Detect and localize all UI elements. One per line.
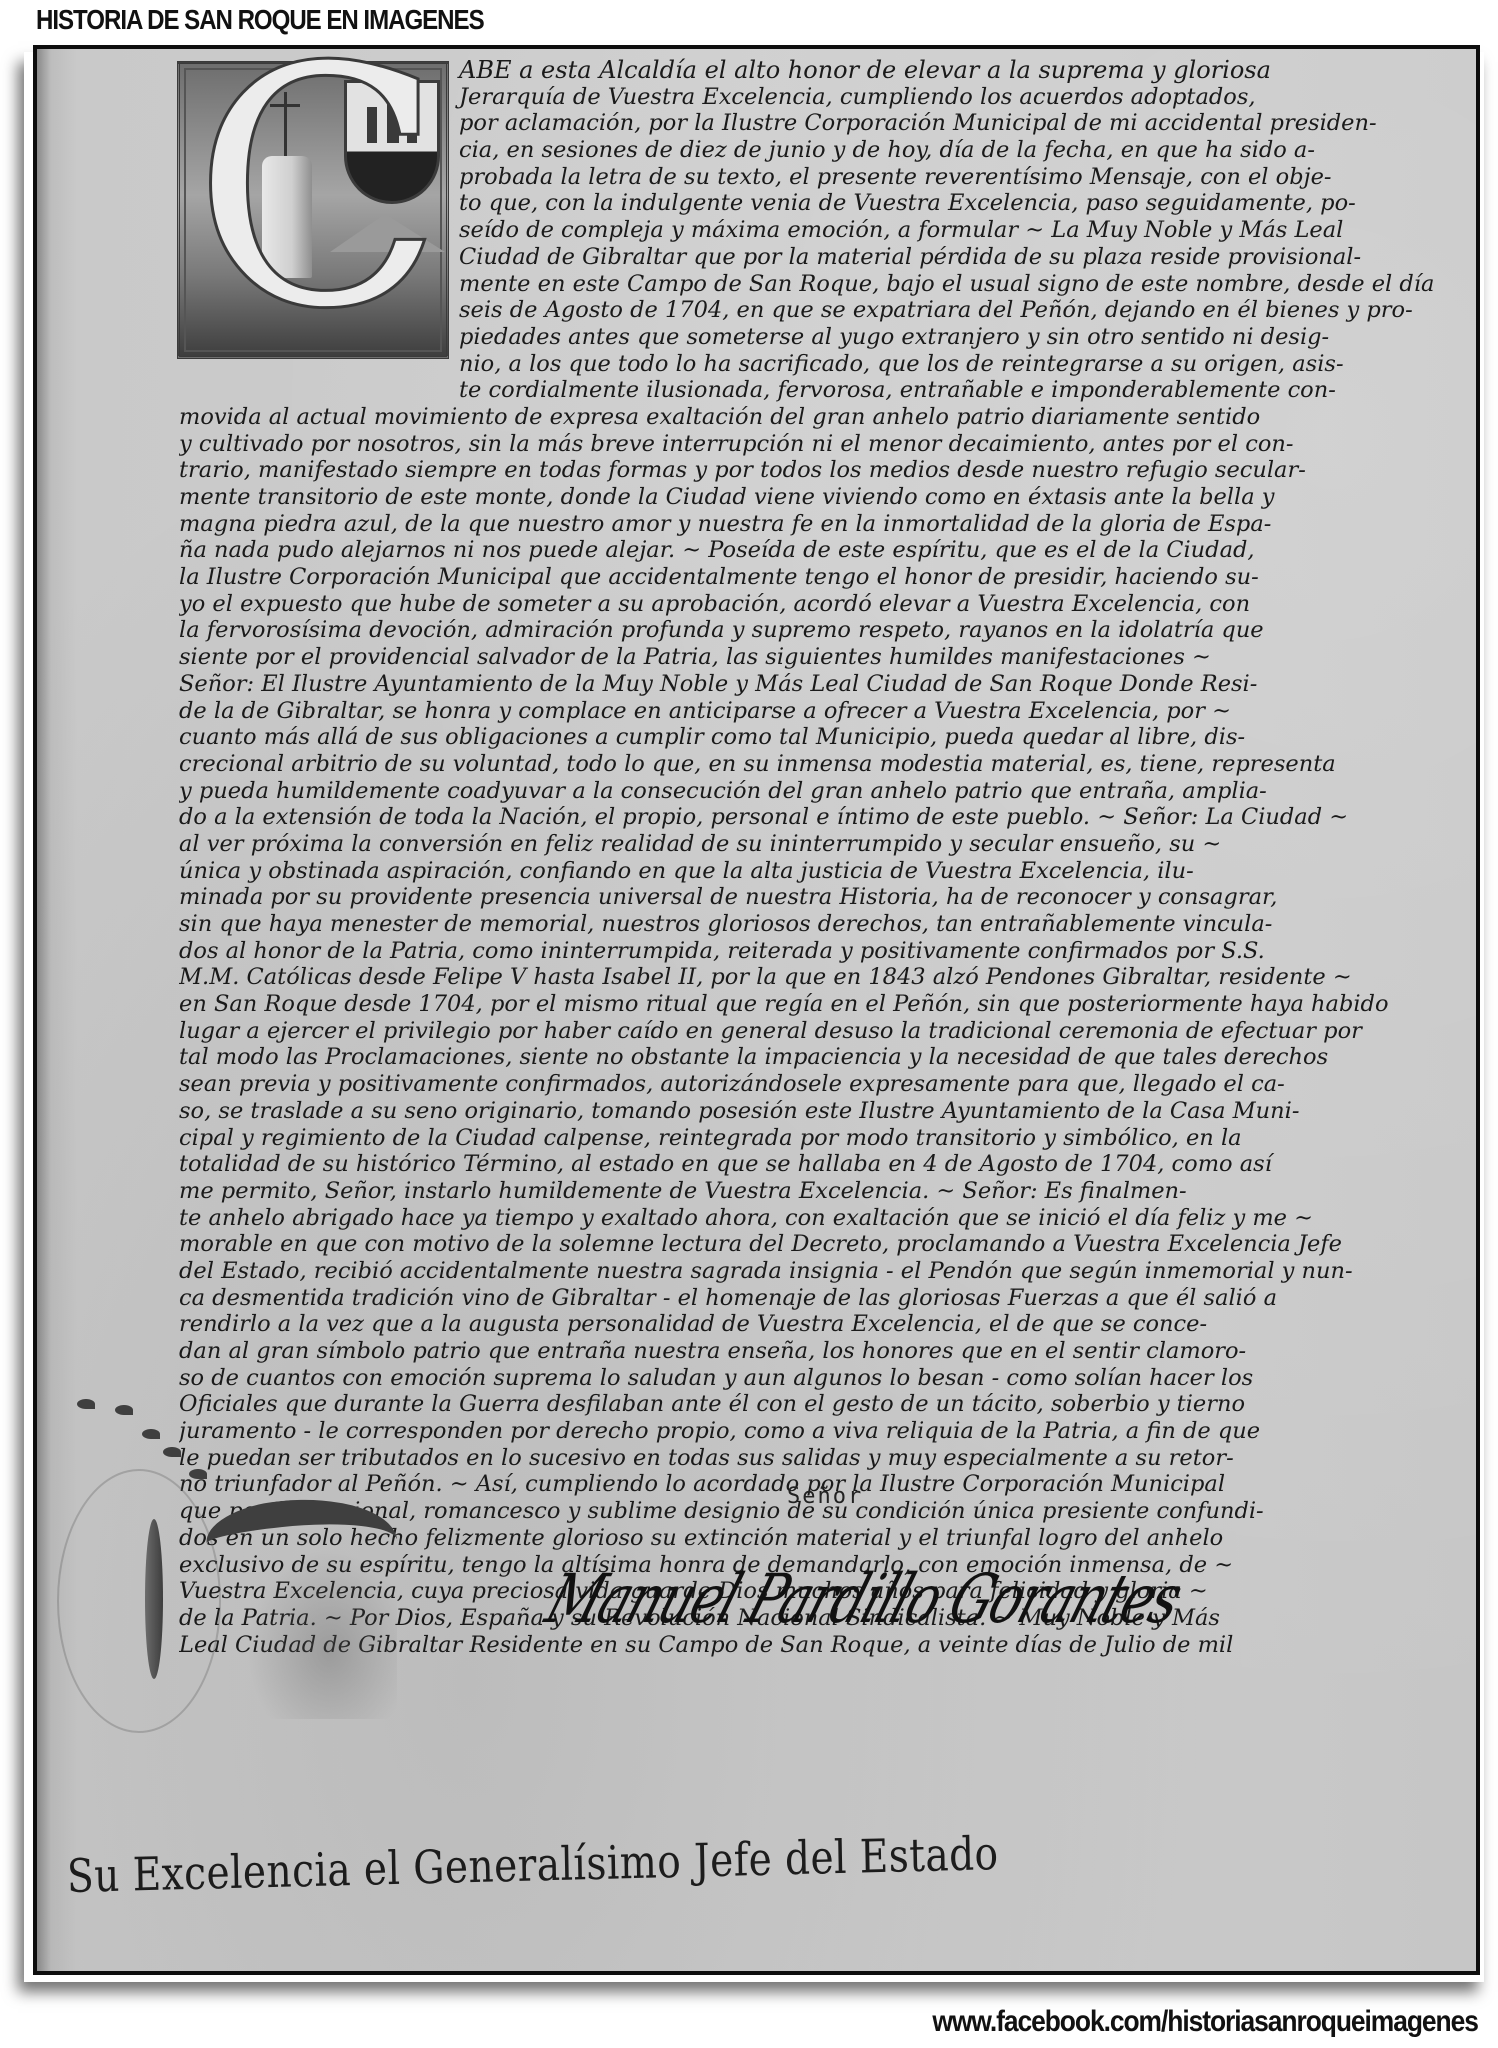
text-line: dos al honor de la Patria, como ininterr… [179, 938, 1464, 965]
text-line: to que, con la indulgente venia de Vuest… [179, 190, 1464, 217]
text-line: me permito, Señor, instarlo humildemente… [179, 1178, 1464, 1205]
text-line: por aclamación, por la Ilustre Corporaci… [179, 110, 1464, 137]
text-line: nio, a los que todo lo ha sacrificado, q… [179, 351, 1464, 378]
text-line: Señor: El Ilustre Ayuntamiento de la Muy… [179, 671, 1464, 698]
text-line: mente transitorio de este monte, donde l… [179, 484, 1464, 511]
bud-icon [77, 1399, 95, 1409]
text-line: te cordialmente ilusionada, fervorosa, e… [179, 377, 1464, 404]
floral-ornament [37, 1389, 417, 1829]
text-line: al ver próxima la conversión en feliz re… [179, 831, 1464, 858]
text-line: tal modo las Proclamaciones, siente no o… [179, 1044, 1464, 1071]
text-line: en San Roque desde 1704, por el mismo ri… [179, 991, 1464, 1018]
text-line: cipal y regimiento de la Ciudad calpense… [179, 1125, 1464, 1152]
text-line: ña nada pudo alejarnos ni nos puede alej… [179, 537, 1464, 564]
text-line: sin que haya menester de memorial, nuest… [179, 911, 1464, 938]
text-line: magna piedra azul, de la que nuestro amo… [179, 511, 1464, 538]
footer-url: www.facebook.com/historiasanroqueimagene… [933, 2005, 1478, 2039]
text-line: ca desmentida tradición vino de Gibralta… [179, 1285, 1464, 1312]
text-line: sean previa y positivamente confirmados,… [179, 1071, 1464, 1098]
text-line: te anhelo abrigado hace ya tiempo y exal… [179, 1205, 1464, 1232]
text-line: minada por su providente presencia unive… [179, 884, 1464, 911]
document-frame: C ABE a esta Alcaldía el alto honor de e… [33, 45, 1480, 1975]
text-line: la Ilustre Corporación Municipal que acc… [179, 564, 1464, 591]
flower-stem-icon [145, 1519, 163, 1679]
text-line: so de cuantos con emoción suprema lo sal… [179, 1365, 1464, 1392]
text-line: lugar a ejercer el privilegio por haber … [179, 1018, 1464, 1045]
page-title: HISTORIA DE SAN ROQUE EN IMAGENES [36, 4, 484, 36]
text-line: M.M. Católicas desde Felipe V hasta Isab… [179, 964, 1464, 991]
bud-icon [115, 1405, 133, 1415]
ornament-outline [57, 1469, 221, 1733]
text-line: del Estado, recibió accidentalmente nues… [179, 1258, 1464, 1285]
text-line: totalidad de su histórico Término, al es… [179, 1151, 1464, 1178]
addressee-line: Su Excelencia el Generalísimo Jefe del E… [67, 1826, 999, 1903]
text-line: siente por el providencial salvador de l… [179, 644, 1464, 671]
text-line: única y obstinada aspiración, confiando … [179, 858, 1464, 885]
text-line: so, se traslade a su seno originario, to… [179, 1098, 1464, 1125]
text-line: dan al gran símbolo patrio que entraña n… [179, 1338, 1464, 1365]
text-line: seído de compleja y máxima emoción, a fo… [179, 217, 1464, 244]
bud-icon [163, 1447, 181, 1457]
text-line: yo el expuesto que hube de someter a su … [179, 591, 1464, 618]
text-line: Jerarquía de Vuestra Excelencia, cumplie… [179, 84, 1464, 111]
text-line: seis de Agosto de 1704, en que se expatr… [179, 297, 1464, 324]
text-line: morable en que con motivo de la solemne … [179, 1231, 1464, 1258]
text-line: de la de Gibraltar, se honra y complace … [179, 698, 1464, 725]
closing-salutation: Señor [787, 1484, 863, 1509]
text-line: cia, en sesiones de diez de junio y de h… [179, 137, 1464, 164]
text-line: mente en este Campo de San Roque, bajo e… [179, 271, 1464, 298]
text-line: ABE a esta Alcaldía el alto honor de ele… [179, 57, 1464, 84]
bud-icon [142, 1429, 160, 1439]
text-line: cuanto más allá de sus obligaciones a cu… [179, 724, 1464, 751]
text-line: y cultivado por nosotros, sin la más bre… [179, 431, 1464, 458]
bud-icon [189, 1469, 207, 1479]
text-line: movida al actual movimiento de expresa e… [179, 404, 1464, 431]
text-line: trario, manifestado siempre en todas for… [179, 457, 1464, 484]
text-line: piedades antes que someterse al yugo ext… [179, 324, 1464, 351]
text-line: la fervorosísima devoción, admiración pr… [179, 617, 1464, 644]
text-line: do a la extensión de toda la Nación, el … [179, 804, 1464, 831]
signature: Manuel Pardillo Gorantes [537, 1561, 1190, 1639]
text-line: crecional arbitrio de su voluntad, todo … [179, 751, 1464, 778]
text-line: probada la letra de su texto, el present… [179, 164, 1464, 191]
text-line: Ciudad de Gibraltar que por la material … [179, 244, 1464, 271]
text-line: y pueda humildemente coadyuvar a la cons… [179, 778, 1464, 805]
text-line: rendirlo a la vez que a la augusta perso… [179, 1311, 1464, 1338]
